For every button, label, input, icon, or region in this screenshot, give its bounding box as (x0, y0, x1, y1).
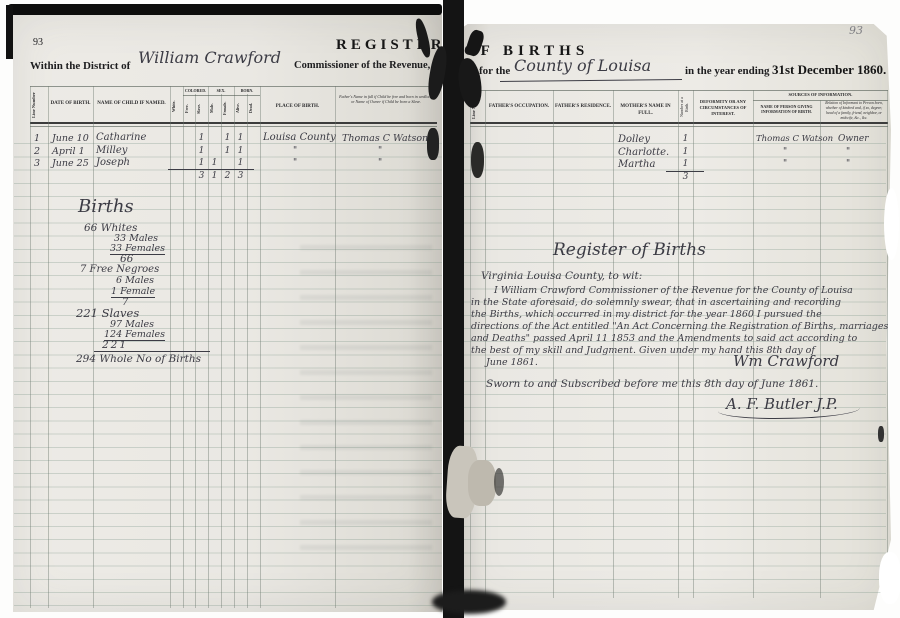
totals-rule (168, 169, 254, 170)
year-ending-label: in the year ending (685, 65, 769, 77)
place-ditto: " (293, 146, 297, 156)
certificate-heading: Register of Births (553, 240, 706, 260)
certificate-line: directions of the Act entitled "An Act C… (471, 321, 888, 332)
binding-tape (468, 460, 496, 506)
total-female: 2 (221, 171, 234, 181)
column-header-deformity: DEFORMITY OR ANY CIRCUMSTANCES OF INTERE… (695, 99, 751, 117)
informant-ditto: " (783, 147, 787, 157)
page-number-right: 93 (849, 24, 863, 37)
column-header-dead: Dead. (248, 96, 258, 121)
column-header-white: White. (171, 92, 182, 121)
edge-stain (878, 426, 884, 442)
column-header-male: Male. (209, 96, 219, 121)
column-header-number-at-birth: Number at a Birth. (679, 94, 692, 121)
summary-heading: Births (78, 196, 134, 217)
tick-alive: 1 (234, 158, 247, 168)
number-at-birth: 1 (679, 147, 692, 157)
column-header-father-or-owner: Father's Name in full if Child be free a… (338, 94, 434, 104)
signature-flourish (718, 400, 860, 419)
certificate-line: I William Crawford Commissioner of the R… (494, 285, 853, 296)
county-label: for the (479, 65, 510, 77)
child-name: Catharine (96, 132, 146, 143)
binding-stain (494, 468, 504, 496)
informant-relation: Owner (838, 134, 869, 144)
number-at-birth: 1 (679, 159, 692, 169)
tick-slave: 1 (195, 133, 208, 143)
table-rule (470, 122, 888, 124)
district-label: Within the District of (30, 60, 130, 72)
summary-line: 7 Free Negroes (80, 264, 159, 275)
tick-alive: 1 (234, 133, 247, 143)
row-number: 1 (34, 133, 40, 144)
column-header-free: Free. (184, 96, 194, 121)
commissioner-label: Commissioner of the Revenue, (294, 60, 430, 71)
column-header-slave: Slave. (196, 96, 206, 121)
column-header-line-number: Line Number (31, 90, 47, 121)
group-header-sources: SOURCES OF INFORMATION. (753, 92, 888, 98)
row-number: 2 (34, 146, 40, 157)
summary-line: 1 Female (111, 286, 155, 298)
total-slave: 3 (195, 171, 208, 181)
mother-name: Charlotte. (618, 147, 669, 158)
bottom-smudge (432, 590, 506, 614)
informant-name: Thomas C Watson (756, 134, 833, 144)
father-or-owner-name: Thomas C Watson (342, 133, 428, 144)
total-male: 1 (208, 171, 221, 181)
informant-ditto: " (783, 159, 787, 169)
tick-slave: 1 (195, 158, 208, 168)
place-ditto: " (293, 158, 297, 168)
district-name-handwritten: William Crawford (138, 48, 281, 67)
relation-ditto: " (846, 147, 850, 157)
ink-bleed-through (300, 225, 432, 555)
column-header-place-of-birth: PLACE OF BIRTH. (260, 104, 335, 111)
birth-date: June 10 (52, 133, 89, 144)
child-name: Milley (96, 145, 127, 156)
sworn-statement: Sworn to and Subscribed before me this 8… (486, 378, 818, 390)
father-ditto: " (378, 146, 382, 156)
column-line (30, 86, 31, 608)
tick-female: 1 (221, 146, 234, 156)
tick-slave: 1 (195, 146, 208, 156)
column-header-mother-name: MOTHER'S NAME IN FULL. (613, 104, 678, 117)
tick-male: 1 (208, 158, 221, 168)
column-header-child-name: NAME OF CHILD IF NAMED. (93, 101, 170, 108)
summary-line: 294 Whole No of Births (76, 353, 201, 365)
year-ending-value: 31st December 1860. (772, 62, 886, 78)
mother-name: Martha (618, 159, 655, 170)
group-header-colored: COLORED. (183, 88, 208, 96)
group-header-born: BORN. (234, 88, 260, 96)
mother-name: Dolley (618, 134, 650, 145)
relation-ditto: " (846, 159, 850, 169)
certificate-line: June 1861. (486, 357, 538, 368)
table-rule (470, 90, 888, 91)
column-header-informant-name: NAME OF PERSON GIVING INFORMATION OF BIR… (756, 104, 817, 114)
father-ditto: " (378, 158, 382, 168)
group-header-sex: SEX. (208, 88, 234, 96)
table-rule (470, 126, 888, 127)
column-header-father-residence: FATHER'S RESIDENCE. (553, 104, 613, 111)
certificate-line: the Births, which occurred in my distric… (471, 309, 822, 320)
column-line (335, 86, 336, 608)
certificate-line: in the State aforesaid, do solemnly swea… (471, 297, 841, 308)
tick-alive: 1 (234, 146, 247, 156)
certificate-line: Virginia Louisa County, to wit: (481, 270, 642, 282)
summary-line: 6 Males (116, 275, 154, 286)
column-header-alive: Alive. (235, 96, 245, 121)
number-at-birth: 1 (679, 134, 692, 144)
binding-tear (427, 128, 439, 160)
birth-date: April 1 (52, 146, 85, 157)
binding-tear (471, 142, 484, 178)
column-header-female: Female. (222, 96, 232, 121)
total-number: 3 (679, 172, 692, 182)
birth-date: June 25 (52, 158, 89, 169)
torn-edge-right (884, 188, 899, 260)
summary-line: 221 Slaves (76, 306, 139, 320)
scan-edge-top (8, 4, 442, 15)
child-name: Joseph (96, 157, 130, 168)
column-header-date-of-birth: DATE OF BIRTH. (48, 101, 93, 108)
summary-line: 221 (102, 339, 128, 351)
summary-line: 33 Females (110, 243, 165, 255)
column-header-father-occupation: FATHER'S OCCUPATION. (485, 104, 553, 111)
births-summary: Births 66 Whites 33 Males 33 Females 66 … (76, 196, 296, 371)
tick-female: 1 (221, 133, 234, 143)
certificate: Register of Births Virginia Louisa Count… (468, 240, 892, 430)
page-number-left: 93 (33, 37, 43, 48)
row-number: 3 (34, 158, 40, 169)
scan-edge-left (6, 5, 13, 59)
register-scan: 93 REGISTER Within the District of Willi… (0, 0, 900, 618)
column-header-informant-relation: Relation of Informant to Person born, wh… (822, 101, 886, 121)
total-alive: 3 (234, 171, 247, 181)
place-of-birth: Louisa County (263, 132, 336, 143)
county-name-handwritten: County of Louisa (514, 56, 651, 75)
summary-total-rule (94, 351, 210, 352)
torn-edge-right (879, 552, 900, 604)
signature-crawford: Wm Crawford (733, 352, 839, 370)
certificate-line: and Deaths" passed April 11 1853 and the… (471, 333, 857, 344)
column-line (48, 86, 49, 608)
